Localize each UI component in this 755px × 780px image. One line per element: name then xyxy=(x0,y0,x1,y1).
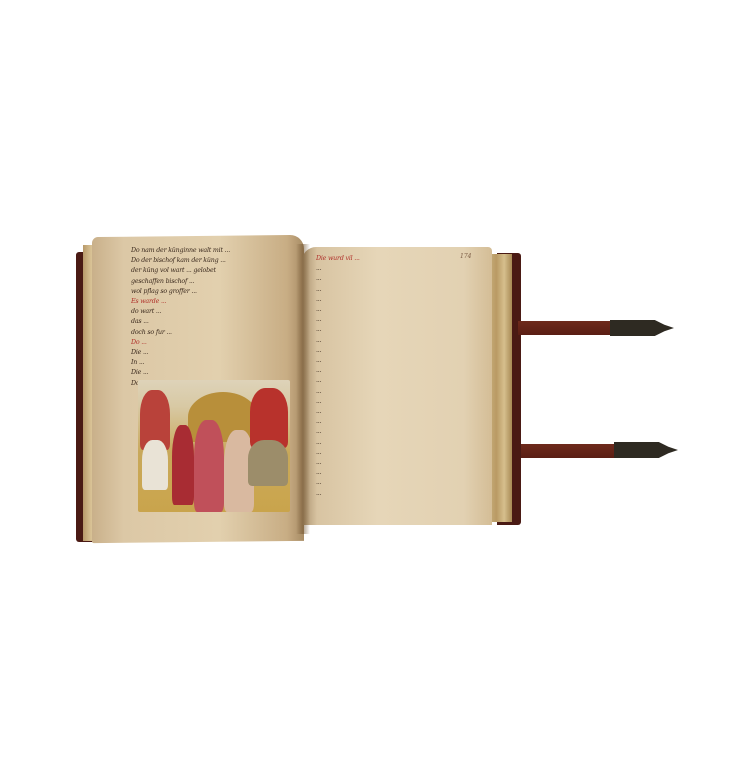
text-line: ... xyxy=(316,336,481,346)
text-line: ... xyxy=(316,448,481,458)
text-line: doch so fur ... xyxy=(131,328,291,338)
text-line: Die ... xyxy=(131,348,291,358)
figure-king xyxy=(194,420,224,512)
text-line: ... xyxy=(316,397,481,407)
text-line: ... xyxy=(316,376,481,386)
text-line: ... xyxy=(316,325,481,335)
text-line: ... xyxy=(316,407,481,417)
figure-retinue xyxy=(250,388,288,448)
text-line: ... xyxy=(316,438,481,448)
text-line: ... xyxy=(316,274,481,284)
text-line: ... xyxy=(316,295,481,305)
text-line: ... xyxy=(316,458,481,468)
text-line: ... xyxy=(316,356,481,366)
manuscript-photo: Do nam der künginne walt mit ... Do der … xyxy=(0,0,755,780)
text-line: do wart ... xyxy=(131,307,291,317)
figure-horse-armored xyxy=(248,440,288,486)
text-line: das ... xyxy=(131,317,291,327)
text-line: ... xyxy=(316,366,481,376)
text-line: Do der bischof kam der küng ... xyxy=(131,256,291,266)
text-line: ... xyxy=(316,427,481,437)
text-line: ... xyxy=(316,387,481,397)
text-line: ... xyxy=(316,478,481,488)
text-line: Die ... xyxy=(131,368,291,378)
text-line: Do ... xyxy=(131,338,291,348)
figure-horse-white xyxy=(142,440,168,490)
text-line: wol pflag so groffer ... xyxy=(131,287,291,297)
figure-attendant xyxy=(172,425,194,505)
clasp-strap-lower xyxy=(521,444,617,458)
text-line: Es warde ... xyxy=(131,297,291,307)
text-line: der küng vol wart ... gelobet xyxy=(131,266,291,276)
text-line: In ... xyxy=(131,358,291,368)
text-line: ... xyxy=(316,489,481,499)
text-line: ... xyxy=(316,285,481,295)
book-gutter xyxy=(296,244,310,534)
text-line: geschaffen bischof ... xyxy=(131,277,291,287)
right-page-text: Die wurd vil ... ... ... ... ... ... ...… xyxy=(316,254,481,499)
text-line: Die wurd vil ... xyxy=(316,254,481,264)
left-page-text: Do nam der künginne walt mit ... Do der … xyxy=(131,246,291,389)
text-line: ... xyxy=(316,264,481,274)
clasp-metal-lower xyxy=(614,442,678,458)
text-line: ... xyxy=(316,417,481,427)
clasp-metal-upper xyxy=(610,320,674,336)
text-line: ... xyxy=(316,315,481,325)
text-line: ... xyxy=(316,305,481,315)
clasp-strap-upper xyxy=(518,321,613,335)
text-line: ... xyxy=(316,468,481,478)
text-line: Do nam der künginne walt mit ... xyxy=(131,246,291,256)
text-line: ... xyxy=(316,346,481,356)
illuminated-miniature xyxy=(138,380,290,512)
